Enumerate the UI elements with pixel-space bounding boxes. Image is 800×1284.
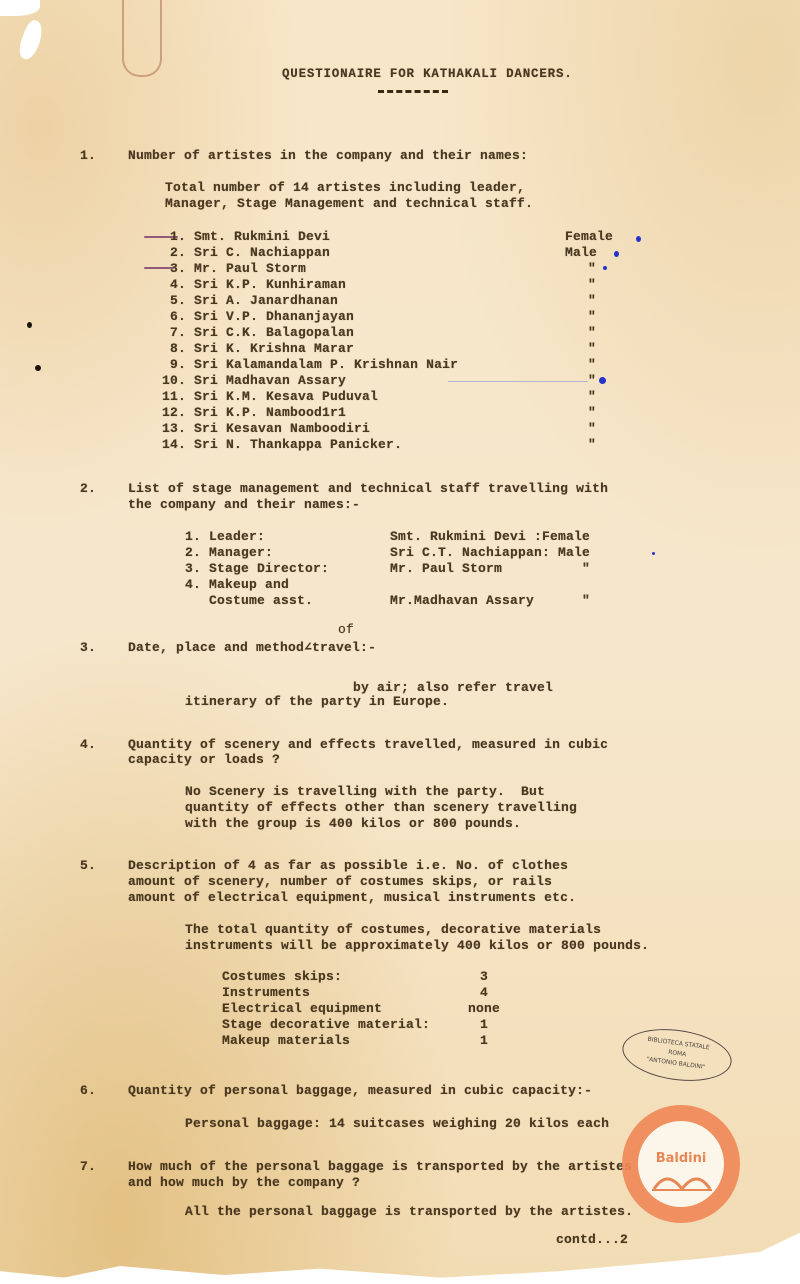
document-page: QUESTIONAIRE FOR KATHAKALI DANCERS. 1. N… <box>0 0 800 1284</box>
ditto-mark: " <box>588 277 596 293</box>
staff-name: Smt. Rukmini Devi :Female <box>390 529 590 545</box>
ink-stroke <box>448 381 588 382</box>
ink-dot <box>614 251 619 257</box>
list-item: 3. Mr. Paul Storm <box>170 261 306 277</box>
section-5-question-line-1: Description of 4 as far as possible i.e.… <box>128 858 568 874</box>
title-underline <box>378 90 448 93</box>
baldini-logo-word: Baldini <box>638 1151 724 1166</box>
inventory-value: 1 <box>480 1033 488 1049</box>
ditto-mark: " <box>588 421 596 437</box>
section-4-answer-line-2: quantity of effects other than scenery t… <box>185 800 577 816</box>
ditto-mark: " <box>588 357 596 373</box>
ditto-mark: " <box>588 309 596 325</box>
section-1-question: Number of artistes in the company and th… <box>128 148 528 164</box>
gender-value: Male <box>565 245 597 261</box>
ink-dot <box>636 236 641 242</box>
section-3-answer-line-2: itinerary of the party in Europe. <box>185 694 449 710</box>
ditto-mark: " <box>588 437 596 453</box>
section-6-number: 6. <box>80 1083 96 1099</box>
margin-dot <box>35 365 41 371</box>
section-2-number: 2. <box>80 481 96 497</box>
list-item: 2. Sri C. Nachiappan <box>170 245 330 261</box>
staff-name: Sri C.T. Nachiappan: Male <box>390 545 590 561</box>
list-item: 13. Sri Kesavan Namboodiri <box>162 421 370 437</box>
ditto-mark: " <box>588 293 596 309</box>
section-5-question-line-2: amount of scenery, number of costumes sk… <box>128 874 552 890</box>
ditto-mark: " <box>588 405 596 421</box>
list-item: 6. Sri V.P. Dhananjayan <box>170 309 354 325</box>
paper-tear <box>0 0 40 16</box>
paper-hole <box>16 18 47 62</box>
list-item: 12. Sri K.P. Nambood1r1 <box>162 405 346 421</box>
page-title: QUESTIONAIRE FOR KATHAKALI DANCERS. <box>282 66 573 82</box>
section-1-answer-line-2: Manager, Stage Management and technical … <box>165 196 533 212</box>
section-5-answer-line-2: instruments will be approximately 400 ki… <box>185 938 649 954</box>
section-3-number: 3. <box>80 640 96 656</box>
section-3-question: Date, place and method∠travel:- <box>128 640 376 656</box>
staff-role: 3. Stage Director: <box>185 561 329 577</box>
section-5-answer-line-1: The total quantity of costumes, decorati… <box>185 922 601 938</box>
section-4-number: 4. <box>80 737 96 753</box>
list-item: 7. Sri C.K. Balagopalan <box>170 325 354 341</box>
list-item: 5. Sri A. Janardhanan <box>170 293 338 309</box>
section-7-answer: All the personal baggage is transported … <box>185 1204 633 1220</box>
section-1-answer-line-1: Total number of 14 artistes including le… <box>165 180 525 196</box>
section-2-question-line-1: List of stage management and technical s… <box>128 481 608 497</box>
staff-role: 1. Leader: <box>185 529 265 545</box>
section-4-question-line-1: Quantity of scenery and effects travelle… <box>128 737 608 753</box>
section-4-answer-line-3: with the group is 400 kilos or 800 pound… <box>185 816 521 832</box>
list-item: 1. Smt. Rukmini Devi <box>170 229 330 245</box>
inventory-value: 1 <box>480 1017 488 1033</box>
continuation-note: contd...2 <box>556 1232 628 1248</box>
ink-dot <box>652 552 655 555</box>
ditto-mark: " <box>588 389 596 405</box>
section-7-number: 7. <box>80 1159 96 1175</box>
section-7-question-line-2: and how much by the company ? <box>128 1175 360 1191</box>
inventory-label: Instruments <box>222 985 310 1001</box>
margin-dot <box>27 322 32 328</box>
inventory-value: 4 <box>480 985 488 1001</box>
list-item: 4. Sri K.P. Kunhiraman <box>170 277 346 293</box>
list-item: 10. Sri Madhavan Assary <box>162 373 346 389</box>
section-6-answer: Personal baggage: 14 suitcases weighing … <box>185 1116 609 1132</box>
inventory-label: Costumes skips: <box>222 969 342 985</box>
list-item: 11. Sri K.M. Kesava Puduval <box>162 389 378 405</box>
inventory-value: none <box>468 1001 500 1017</box>
baldini-logo-stamp: Baldini <box>622 1105 740 1223</box>
section-5-number: 5. <box>80 858 96 874</box>
ditto-mark: " <box>588 341 596 357</box>
book-arches-icon <box>652 1169 712 1191</box>
ditto-mark: " <box>588 261 596 277</box>
inventory-label: Stage decorative material: <box>222 1017 430 1033</box>
section-6-question: Quantity of personal baggage, measured i… <box>128 1083 592 1099</box>
library-stamp: BIBLIOTECA STATALE ROMA "ANTONIO BALDINI… <box>619 1023 735 1088</box>
section-7-question-line-1: How much of the personal baggage is tran… <box>128 1159 632 1175</box>
ditto-mark: " <box>588 373 596 389</box>
section-2-question-line-2: the company and their names:- <box>128 497 360 513</box>
staff-name: Mr. Paul Storm " <box>390 561 590 577</box>
gender-value: Female <box>565 229 613 245</box>
section-1-number: 1. <box>80 148 96 164</box>
list-item: 9. Sri Kalamandalam P. Krishnan Nair <box>170 357 458 373</box>
staff-role: 2. Manager: <box>185 545 273 561</box>
inventory-label: Makeup materials <box>222 1033 350 1049</box>
ink-dot <box>603 266 607 270</box>
paperclip-stain <box>122 0 162 77</box>
handwritten-insertion: of <box>338 622 354 638</box>
list-item: 8. Sri K. Krishna Marar <box>170 341 354 357</box>
staff-name: Mr.Madhavan Assary " <box>390 593 590 609</box>
ink-dot <box>599 377 606 384</box>
section-4-question-line-2: capacity or loads ? <box>128 752 280 768</box>
section-4-answer-line-1: No Scenery is travelling with the party.… <box>185 784 545 800</box>
list-item: 14. Sri N. Thankappa Panicker. <box>162 437 402 453</box>
staff-role: 4. Makeup and <box>185 577 289 593</box>
inventory-label: Electrical equipment <box>222 1001 382 1017</box>
staff-role: Costume asst. <box>185 593 313 609</box>
section-5-question-line-3: amount of electrical equipment, musical … <box>128 890 576 906</box>
inventory-value: 3 <box>480 969 488 985</box>
ditto-mark: " <box>588 325 596 341</box>
